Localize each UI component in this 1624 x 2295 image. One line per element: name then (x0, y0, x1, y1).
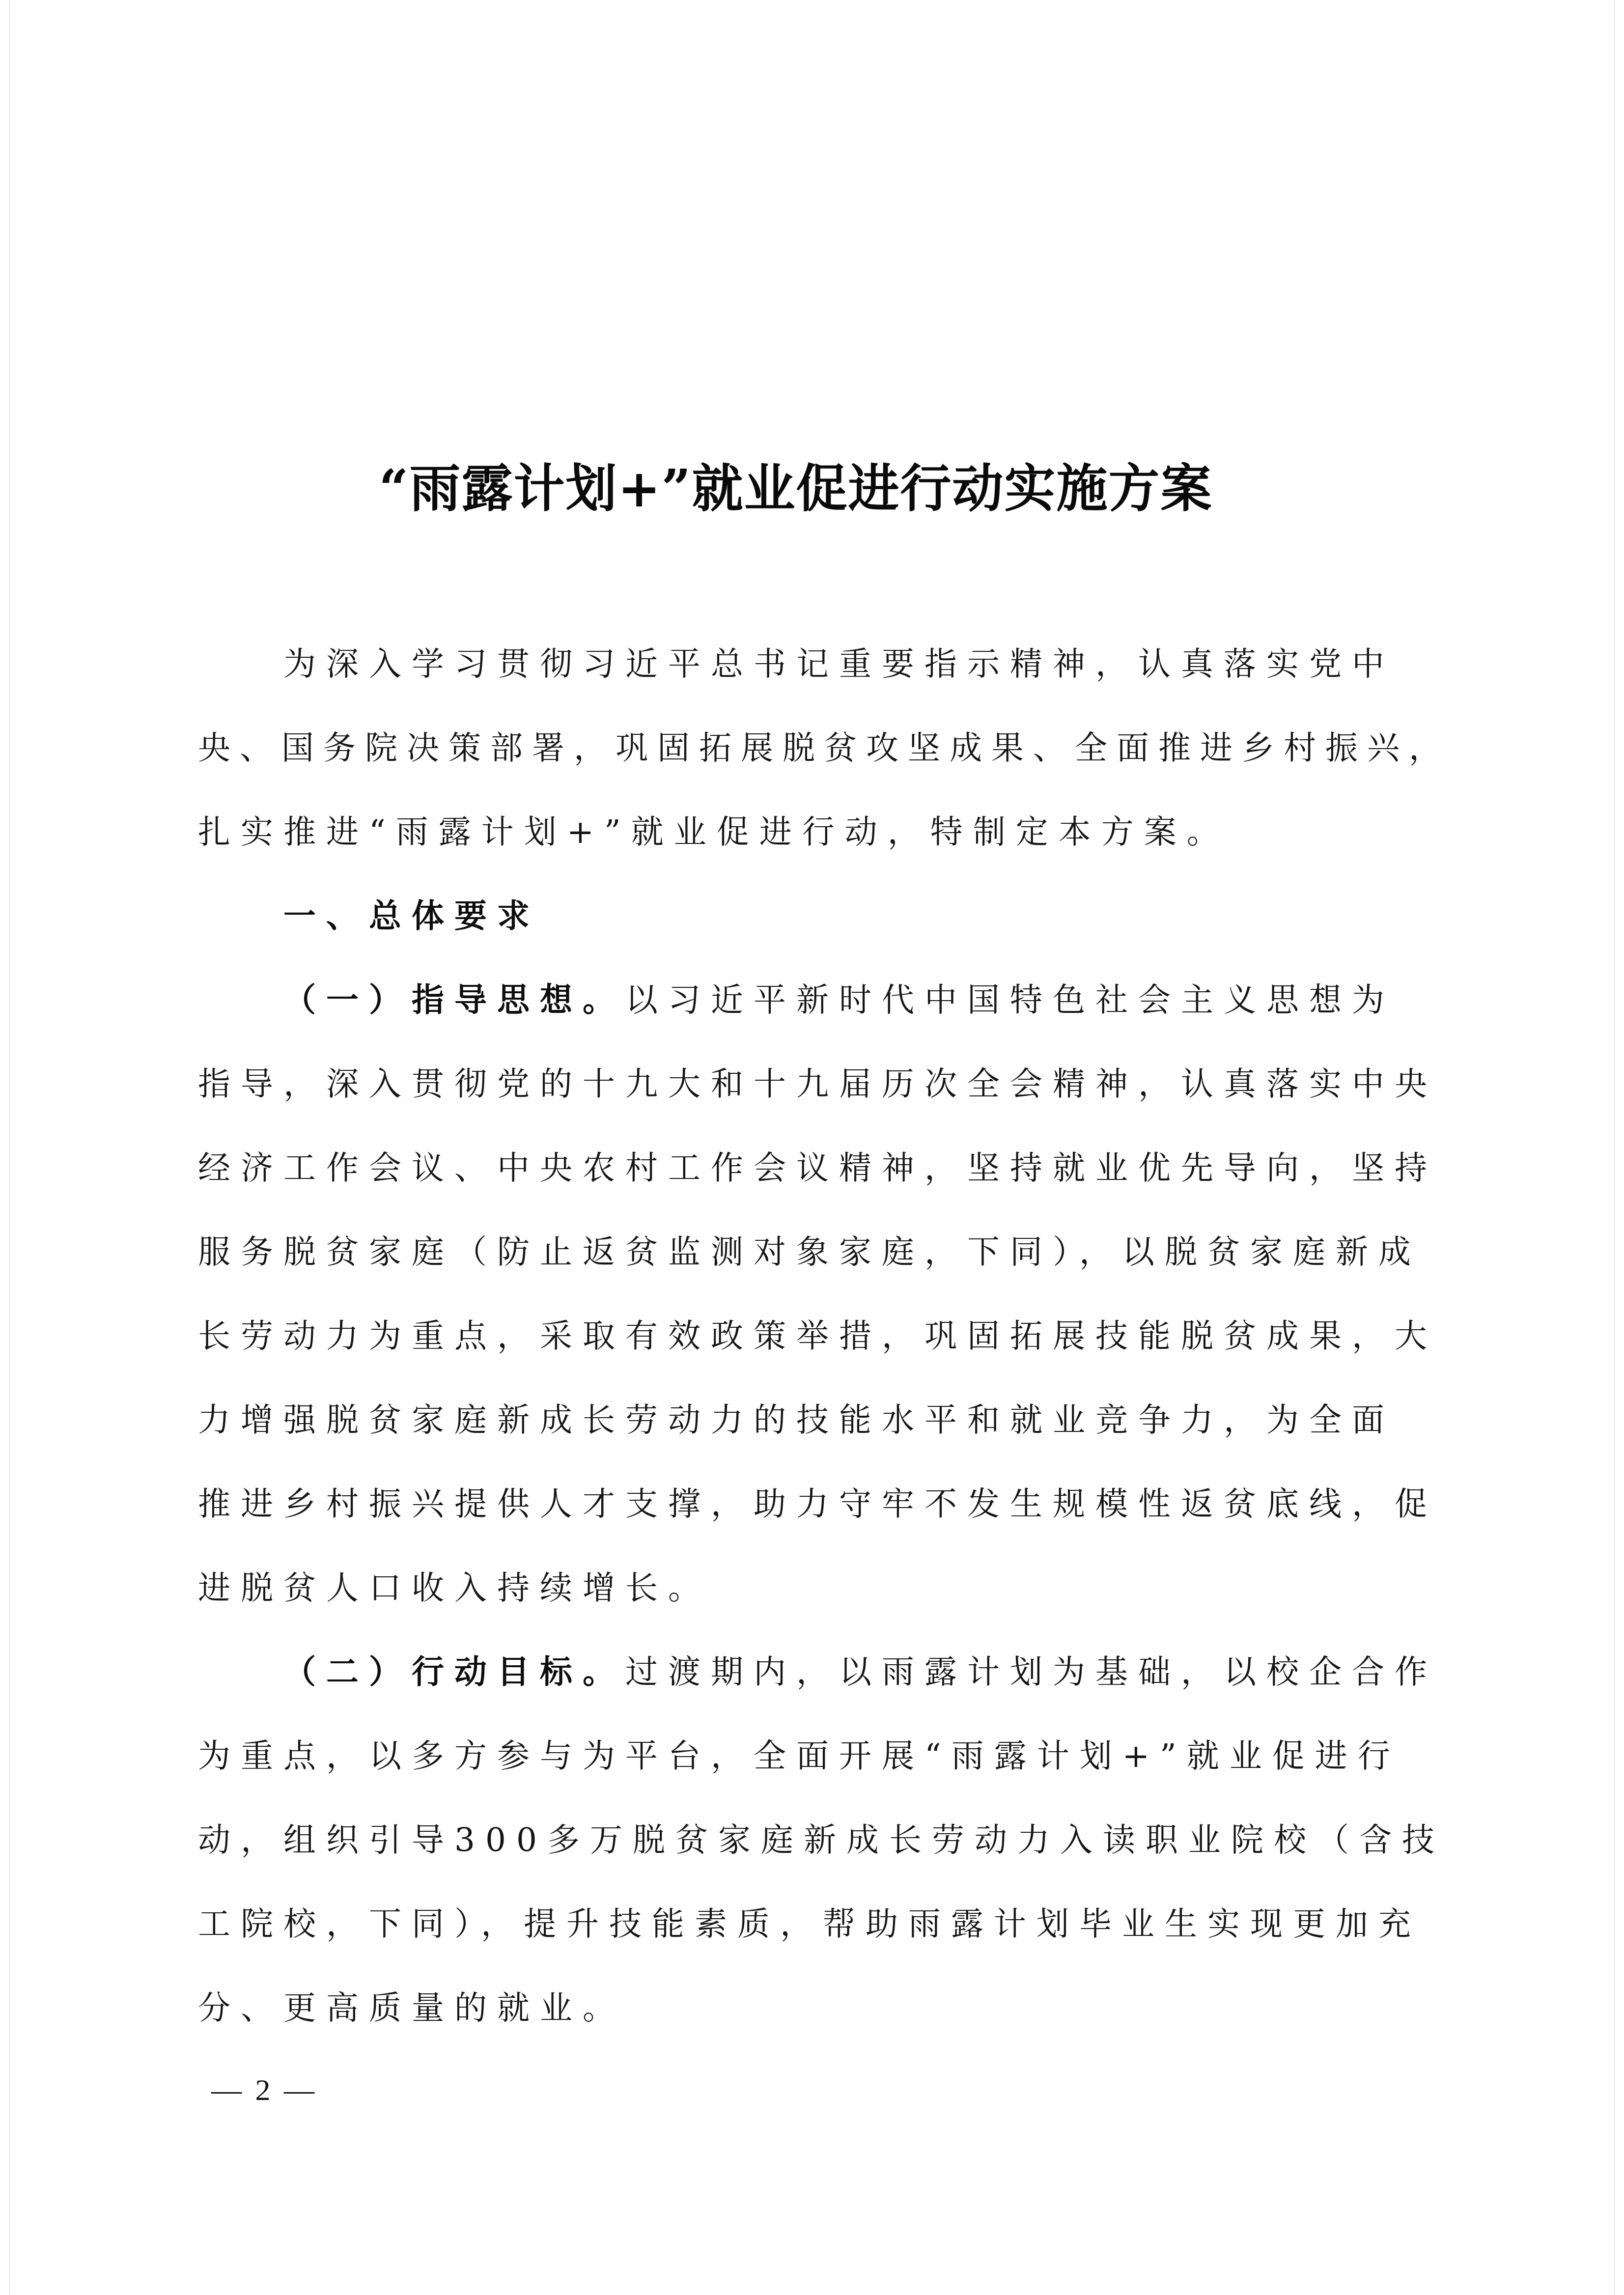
subsection-1-line-7: 推进乡村振兴提供人才支撑，助力守牢不发生规模性返贫底线，促 (198, 1462, 1406, 1546)
subsection-2-first-line: （二）行动目标。过渡期内，以雨露计划为基础，以校企合作 (198, 1630, 1406, 1714)
intro-line-3: 扎实推进“雨露计划+”就业促进行动，特制定本方案。 (198, 790, 1406, 874)
subsection-1-line-2: 指导，深入贯彻党的十九大和十九届历次全会精神，认真落实中央 (198, 1042, 1406, 1126)
document-body: 为深入学习贯彻习近平总书记重要指示精神，认真落实党中 央、国务院决策部署，巩固拓… (198, 622, 1406, 2050)
document-title: “雨露计划+”就业促进行动实施方案 (0, 459, 1592, 518)
section-heading-general-requirements: 一、总体要求 (198, 874, 1406, 958)
intro-line-1: 为深入学习贯彻习近平总书记重要指示精神，认真落实党中 (198, 622, 1406, 706)
subsection-1-line-6: 力增强脱贫家庭新成长劳动力的技能水平和就业竞争力，为全面 (198, 1378, 1406, 1462)
subsection-2-line-2: 为重点，以多方参与为平台，全面开展“雨露计划+”就业促进行 (198, 1714, 1406, 1798)
subsection-2-line-4: 工院校，下同），提升技能素质，帮助雨露计划毕业生实现更加充 (198, 1882, 1406, 1966)
subsection-2-line-3: 动，组织引导300多万脱贫家庭新成长劳动力入读职业院校（含技 (198, 1798, 1406, 1882)
scan-edge-right (1614, 0, 1615, 2295)
subsection-1-line-4: 服务脱贫家庭（防止返贫监测对象家庭，下同），以脱贫家庭新成 (198, 1210, 1406, 1294)
subsection-2-label: （二）行动目标。 (283, 1653, 625, 1691)
subsection-1-line-5: 长劳动力为重点，采取有效政策举措，巩固拓展技能脱贫成果，大 (198, 1294, 1406, 1378)
page-number: — 2 — (211, 2071, 317, 2110)
subsection-1-label: （一）指导思想。 (283, 981, 625, 1019)
subsection-1-first-line-text: 以习近平新时代中国特色社会主义思想为 (625, 981, 1395, 1019)
subsection-1-line-3: 经济工作会议、中央农村工作会议精神，坚持就业优先导向，坚持 (198, 1126, 1406, 1210)
document-page: “雨露计划+”就业促进行动实施方案 为深入学习贯彻习近平总书记重要指示精神，认真… (0, 0, 1624, 2295)
subsection-1-line-8: 进脱贫人口收入持续增长。 (198, 1546, 1406, 1630)
subsection-2-first-line-text: 过渡期内，以雨露计划为基础，以校企合作 (625, 1653, 1437, 1691)
subsection-1-first-line: （一）指导思想。以习近平新时代中国特色社会主义思想为 (198, 958, 1406, 1042)
intro-line-2: 央、国务院决策部署，巩固拓展脱贫攻坚成果、全面推进乡村振兴， (198, 706, 1406, 790)
scan-edge-left (9, 0, 10, 2295)
subsection-2-line-5: 分、更高质量的就业。 (198, 1966, 1406, 2050)
